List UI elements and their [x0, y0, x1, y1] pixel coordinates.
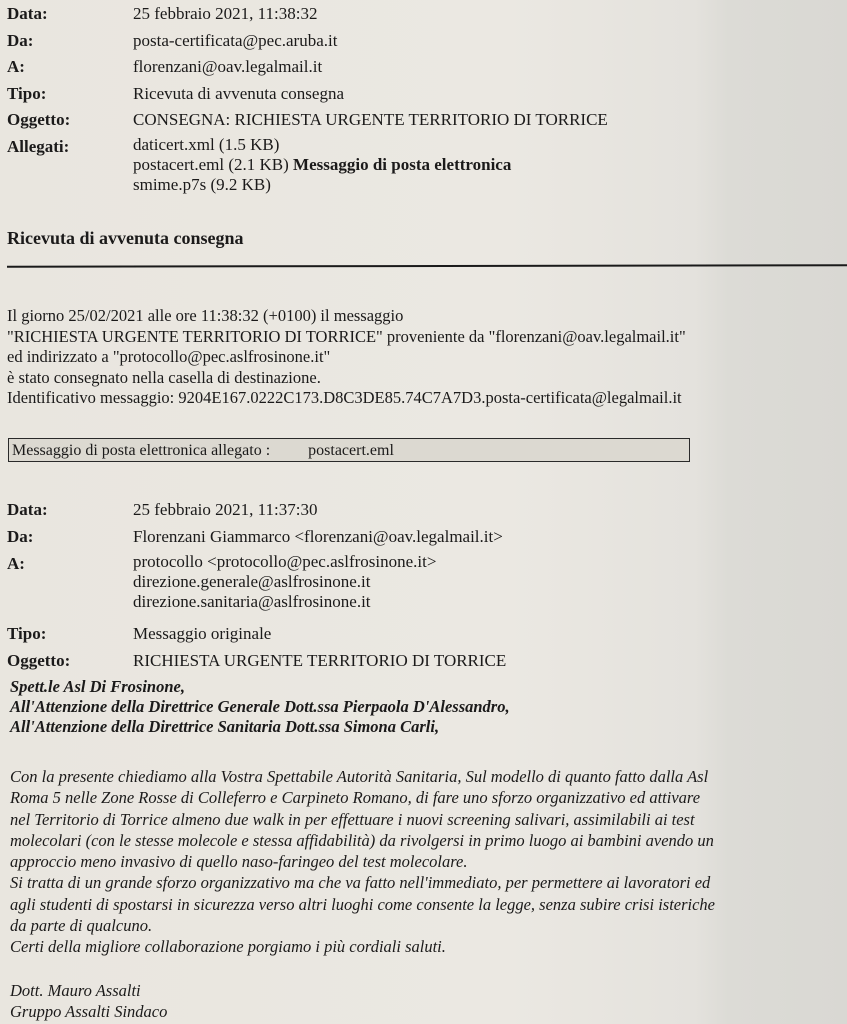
salutation-line: All'Attenzione della Direttrice Sanitari…	[10, 717, 510, 737]
field-label: A:	[7, 55, 133, 79]
original-type-row: Tipo: Messaggio originale	[7, 622, 506, 649]
recipient: protocollo <protocollo@pec.aslfrosinone.…	[133, 552, 436, 572]
attachment-name[interactable]: daticert.xml (1.5 KB)	[133, 135, 279, 154]
field-value: RICHIESTA URGENTE TERRITORIO DI TORRICE	[133, 649, 506, 676]
notice-line: Il giorno 25/02/2021 alle ore 11:38:32 (…	[7, 306, 686, 327]
notice-line: "RICHIESTA URGENTE TERRITORIO DI TORRICE…	[7, 327, 686, 348]
attached-message-filename[interactable]: postacert.eml	[308, 442, 394, 459]
field-label: Tipo:	[7, 82, 133, 106]
body-line: Con la presente chiediamo alla Vostra Sp…	[10, 766, 715, 787]
attachment-list: daticert.xml (1.5 KB) postacert.eml (2.1…	[133, 135, 511, 195]
attached-message-label: Messaggio di posta elettronica allegato …	[12, 442, 270, 459]
original-subject-row: Oggetto: RICHIESTA URGENTE TERRITORIO DI…	[7, 649, 506, 676]
salutation-line: All'Attenzione della Direttrice Generale…	[10, 697, 510, 717]
receipt-header: Data: 25 febbraio 2021, 11:38:32 Da: pos…	[7, 2, 608, 161]
salutation-line: Spett.le Asl Di Frosinone,	[10, 677, 510, 697]
notice-line: ed indirizzato a "protocollo@pec.aslfros…	[7, 347, 686, 368]
original-date-row: Data: 25 febbraio 2021, 11:37:30	[7, 498, 506, 525]
receipt-subject-row: Oggetto: CONSEGNA: RICHIESTA URGENTE TER…	[7, 108, 608, 135]
notice-line: Identificativo messaggio: 9204E167.0222C…	[7, 388, 686, 409]
body-line: nel Territorio di Torrice almeno due wal…	[10, 809, 715, 830]
field-label: Da:	[7, 525, 133, 552]
body-line: molecolari (con le stesse molecole e ste…	[10, 830, 715, 851]
body-line: Roma 5 nelle Zone Rosse di Colleferro e …	[10, 787, 715, 808]
body-line: da parte di qualcuno.	[10, 915, 715, 936]
field-label: Tipo:	[7, 622, 133, 649]
original-from-row: Da: Florenzani Giammarco <florenzani@oav…	[7, 525, 506, 552]
receipt-attachments-row: Allegati: daticert.xml (1.5 KB) postacer…	[7, 135, 608, 162]
field-value: 25 febbraio 2021, 11:37:30	[133, 498, 317, 525]
signature: Dott. Mauro Assalti Gruppo Assalti Sinda…	[10, 980, 167, 1022]
pec-receipt-printout: Data: 25 febbraio 2021, 11:38:32 Da: pos…	[0, 0, 847, 1024]
signature-line: Dott. Mauro Assalti	[10, 980, 167, 1001]
body-line: Certi della migliore collaborazione porg…	[10, 936, 715, 957]
attached-message-box: Messaggio di posta elettronica allegato …	[8, 438, 690, 462]
field-label: Data:	[7, 498, 133, 525]
recipient: direzione.sanitaria@aslfrosinone.it	[133, 592, 436, 612]
field-label: Oggetto:	[7, 649, 133, 676]
attachment-note: Messaggio di posta elettronica	[293, 155, 511, 174]
receipt-from-row: Da: posta-certificata@pec.aruba.it	[7, 29, 608, 56]
body-line: agli studenti di spostarsi in sicurezza …	[10, 894, 715, 915]
field-label: Oggetto:	[7, 108, 133, 132]
body-line: Si tratta di un grande sforzo organizzat…	[10, 872, 715, 893]
field-value: Messaggio originale	[133, 622, 271, 649]
field-value: Ricevuta di avvenuta consegna	[133, 82, 344, 106]
field-value: CONSEGNA: RICHIESTA URGENTE TERRITORIO D…	[133, 108, 608, 132]
attachment-item[interactable]: smime.p7s (9.2 KB)	[133, 175, 511, 195]
attachment-name[interactable]: postacert.eml (2.1 KB)	[133, 155, 289, 174]
attachment-item[interactable]: daticert.xml (1.5 KB)	[133, 135, 511, 155]
section-title: Ricevuta di avvenuta consegna	[7, 228, 244, 249]
attachment-name[interactable]: smime.p7s (9.2 KB)	[133, 175, 271, 194]
recipient-list: protocollo <protocollo@pec.aslfrosinone.…	[133, 552, 436, 622]
original-header: Data: 25 febbraio 2021, 11:37:30 Da: Flo…	[7, 498, 506, 676]
receipt-date-row: Data: 25 febbraio 2021, 11:38:32	[7, 2, 608, 29]
receipt-type-row: Tipo: Ricevuta di avvenuta consegna	[7, 82, 608, 109]
field-value: posta-certificata@pec.aruba.it	[133, 29, 337, 53]
receipt-to-row: A: florenzani@oav.legalmail.it	[7, 55, 608, 82]
original-to-row: A: protocollo <protocollo@pec.aslfrosino…	[7, 552, 506, 622]
recipient: direzione.generale@aslfrosinone.it	[133, 572, 436, 592]
field-label: A:	[7, 552, 133, 622]
field-value: florenzani@oav.legalmail.it	[133, 55, 322, 79]
signature-line: Gruppo Assalti Sindaco	[10, 1001, 167, 1022]
field-label: Data:	[7, 2, 133, 26]
divider	[7, 264, 847, 267]
body-line: approccio meno invasivo di quello naso-f…	[10, 851, 715, 872]
salutation: Spett.le Asl Di Frosinone, All'Attenzion…	[10, 677, 510, 737]
notice-line: è stato consegnato nella casella di dest…	[7, 368, 686, 389]
field-value: Florenzani Giammarco <florenzani@oav.leg…	[133, 525, 503, 552]
field-label: Da:	[7, 29, 133, 53]
message-body: Con la presente chiediamo alla Vostra Sp…	[10, 766, 715, 958]
delivery-notice: Il giorno 25/02/2021 alle ore 11:38:32 (…	[7, 306, 686, 409]
attachment-item[interactable]: postacert.eml (2.1 KB) Messaggio di post…	[133, 155, 511, 175]
field-value: 25 febbraio 2021, 11:38:32	[133, 2, 317, 26]
field-label: Allegati:	[7, 135, 133, 159]
